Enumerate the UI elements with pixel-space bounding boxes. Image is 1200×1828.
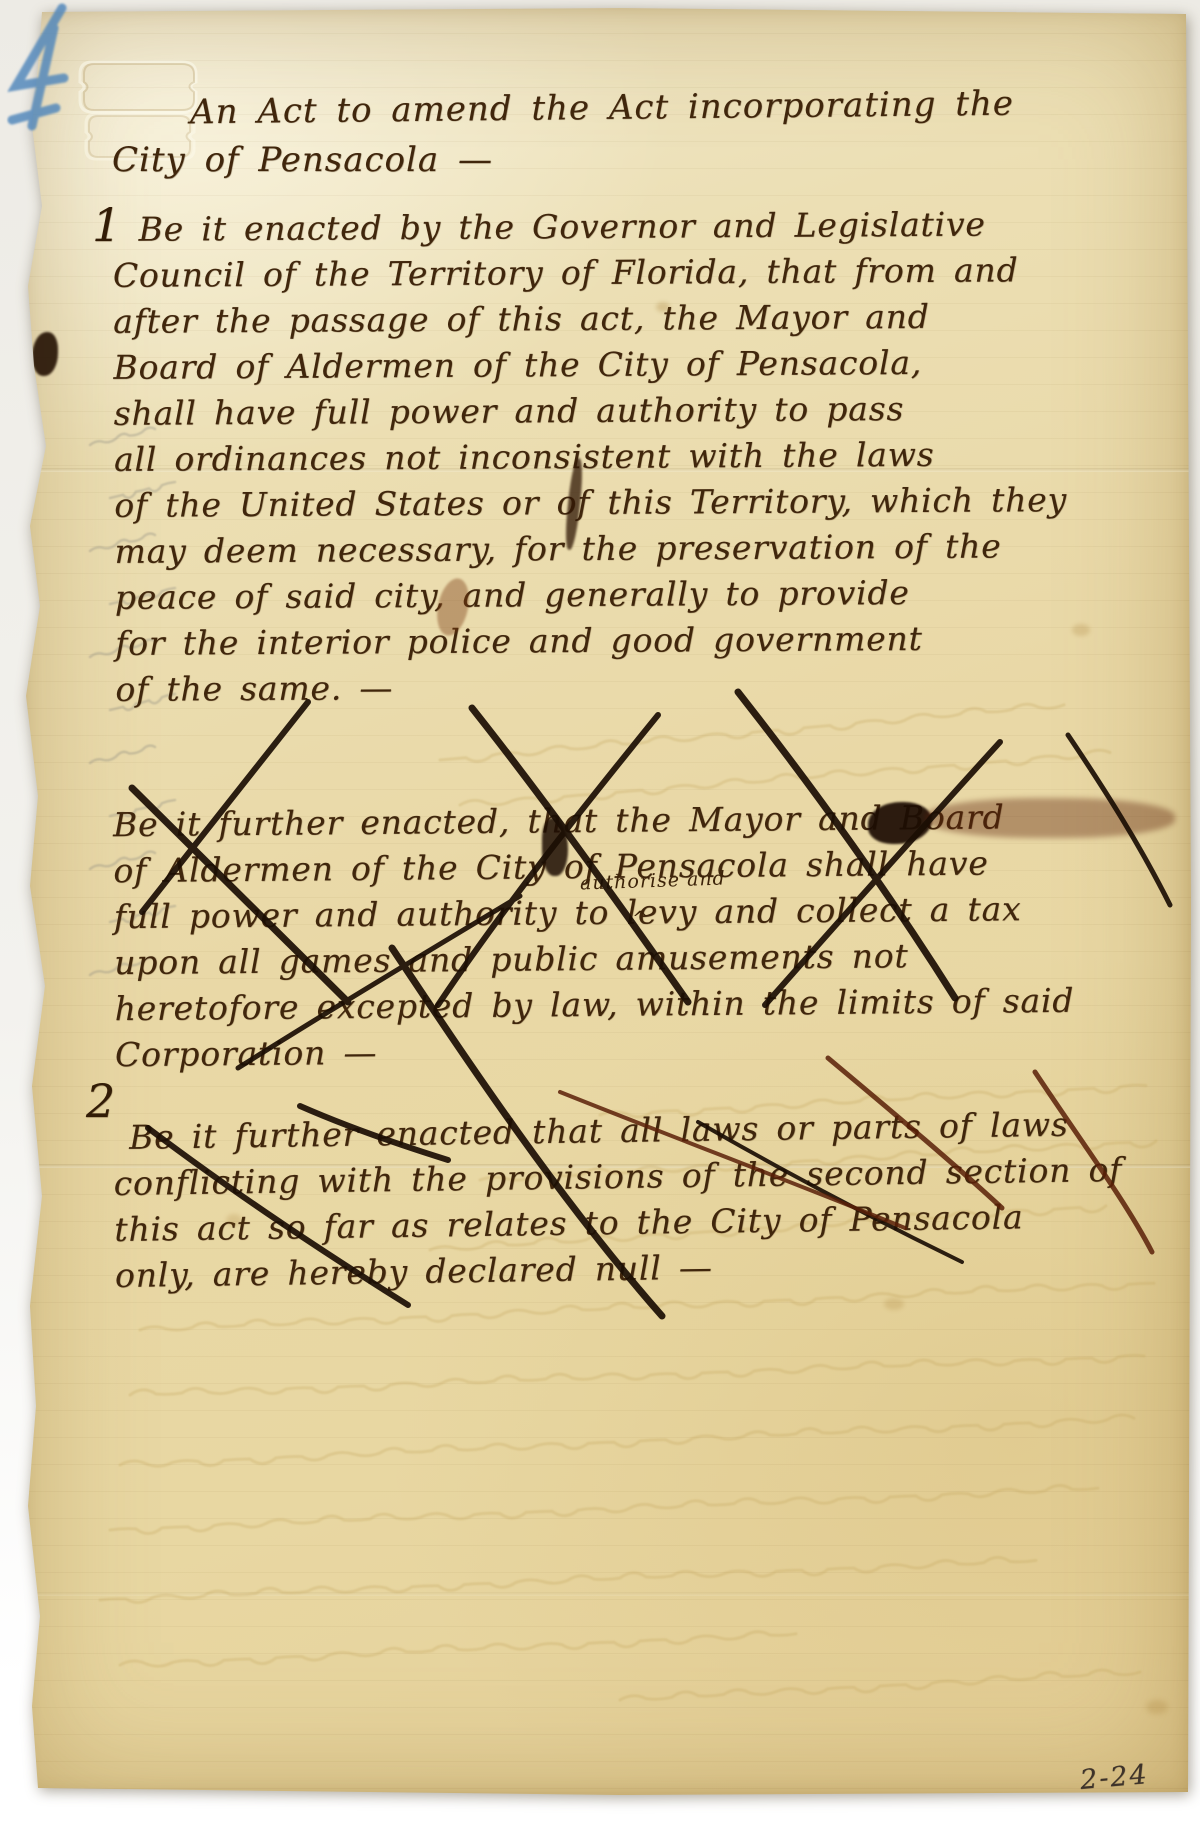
document-title-line2: City of Pensacola —	[112, 140, 493, 180]
scanned-document-page: An Act to amend the Act incorporating th…	[0, 0, 1200, 1828]
section-struck-body: Be it further enacted, that the Mayor an…	[113, 794, 1075, 1078]
manuscript-line-struck: heretofore excepted by law, within the l…	[114, 978, 1074, 1032]
manuscript-line: after the passage of this act, the Mayor…	[113, 293, 1066, 345]
foxing-spot	[656, 302, 670, 312]
manuscript-line: for the interior police and good governm…	[115, 615, 1068, 667]
archive-code: 2-24	[1079, 1759, 1150, 1796]
section-number-2: 2	[86, 1074, 115, 1128]
manuscript-line: peace of said city, and generally to pro…	[115, 569, 1068, 621]
manuscript-line: may deem necessary, for the preservation…	[114, 523, 1067, 575]
fold-crease	[20, 1592, 1192, 1596]
manuscript-line: shall have full power and authority to p…	[114, 385, 1067, 437]
manuscript-line: of the United States or of this Territor…	[114, 477, 1067, 529]
section-2-body: Be it further enacted that all laws or p…	[113, 1101, 1124, 1299]
foxing-spot	[1072, 624, 1090, 636]
foxing-spot	[226, 1214, 242, 1226]
manuscript-line: all ordinances not inconsistent with the…	[114, 431, 1067, 483]
paper-shadow-wrap: An Act to amend the Act incorporating th…	[0, 0, 1200, 1828]
manuscript-line: Be it enacted by the Governor and Legisl…	[112, 201, 1065, 253]
manuscript-paper: An Act to amend the Act incorporating th…	[20, 6, 1192, 1796]
blue-numeral-value: 4	[500, 1730, 501, 1731]
manuscript-line-struck: upon all games and public amusements not	[114, 932, 1074, 986]
foxing-spot	[884, 1298, 904, 1310]
manuscript-line-struck: Corporation —	[115, 1024, 1075, 1078]
manuscript-line: Council of the Territory of Florida, tha…	[113, 247, 1066, 299]
ink-stain	[925, 798, 1175, 838]
insertion-caret: ^	[632, 906, 649, 930]
manuscript-line: Board of Aldermen of the City of Pensaco…	[113, 339, 1066, 391]
section-1-body: Be it enacted by the Governor and Legisl…	[112, 201, 1068, 713]
manuscript-line: of the same. —	[115, 661, 1068, 713]
foxing-spot	[1146, 1700, 1168, 1714]
